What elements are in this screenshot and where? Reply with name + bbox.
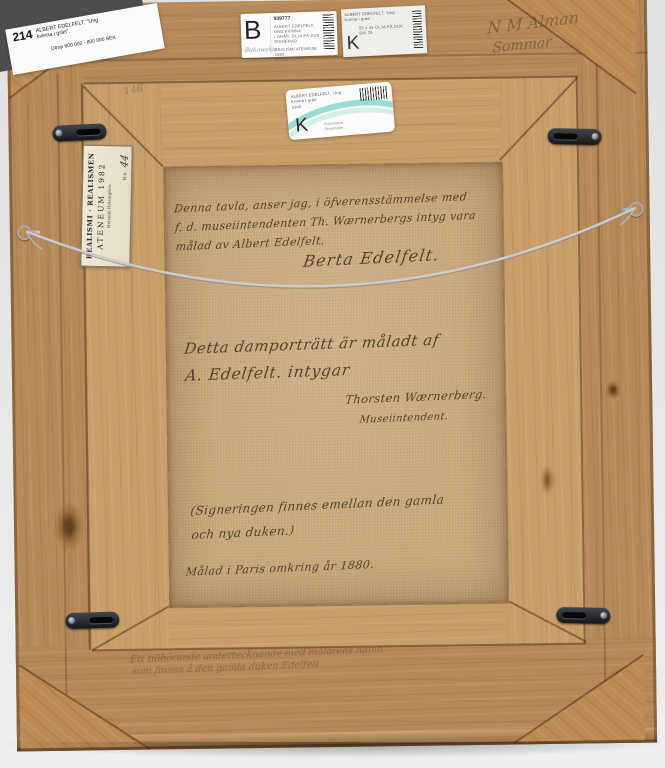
exhibition-label: REALISMI · REALISMEN ATENEUM 1982 Helsin… — [80, 145, 133, 268]
lot-number: 214 — [12, 29, 34, 43]
metal-bracket-top-right — [547, 128, 601, 145]
inscription-signature-note: (Signeringen finnes emellan den gamla oc… — [190, 487, 446, 546]
screw — [55, 129, 62, 136]
screw — [600, 612, 607, 619]
barcode-label-b: B Bukowskis 939777 ALBERT EDELFELT, UNG … — [241, 11, 338, 58]
wire-eyelet-left — [17, 225, 32, 240]
barcode-label-k: ALBERT EDELFELT, 'Ung kvinna i gräs' 55 … — [341, 5, 427, 57]
wood-knot — [602, 376, 624, 404]
barcode — [323, 14, 335, 50]
inscription-date-note: Målad i Paris omkring år 1880. — [185, 558, 375, 579]
thorsten-waernerberg-signature: Thorsten Wærnerberg. — [344, 387, 487, 407]
inventory-label-code: 5948 — [292, 104, 302, 110]
exhibition-number-prefix: N:o — [123, 172, 128, 180]
wood-knot — [48, 491, 91, 562]
bracket-slot — [562, 612, 586, 619]
frame-left-board — [7, 3, 93, 751]
wood-knot — [537, 459, 558, 501]
exhibition-label-content: REALISMI · REALISMEN ATENEUM 1982 Helsin… — [81, 146, 132, 267]
artwork-back: Denna tavla, anser jag, i öfverensstämme… — [0, 0, 665, 768]
k-label-letter: K — [346, 32, 360, 55]
screw — [592, 133, 599, 140]
bracket-slot — [89, 617, 113, 624]
b-label-letter: B — [244, 16, 271, 43]
exhibition-title: REALISMI · REALISMEN — [85, 146, 96, 266]
photo: Denna tavla, anser jag, i öfverensstämme… — [0, 0, 665, 768]
metal-bracket-bottom-left — [65, 612, 119, 630]
barcode — [359, 86, 387, 101]
bukowskis-logo: Bukowskis — [244, 46, 277, 54]
b-label-code: 939777 — [274, 15, 321, 22]
museiintendent-line: Museiintendent. — [359, 411, 449, 426]
b-label-left-column: B Bukowskis — [244, 16, 271, 55]
metal-bracket-bottom-right — [556, 607, 610, 624]
wire-eyelet-right — [629, 202, 644, 217]
screw — [68, 617, 75, 624]
bracket-slot — [554, 133, 578, 140]
inventory-label-letter: K — [294, 115, 308, 138]
frame-shadow — [6, 742, 660, 758]
inventory-label-k: ALBERT EDELFELT, 'Ung kvinna i gräs' 594… — [285, 82, 395, 141]
metal-bracket-top-left — [52, 123, 107, 142]
stretcher-right-bar — [500, 77, 586, 645]
b-label-line: SIGNERAD — [274, 38, 321, 44]
bracket-slot — [76, 128, 100, 135]
barcode — [412, 10, 423, 48]
canvas-back: Denna tavla, anser jag, i öfverensstämme… — [163, 162, 509, 609]
exhibition-number-handwritten: 44 — [119, 153, 130, 168]
b-label-text-column: 939777 ALBERT EDELFELT, UNG KVINNA I GRÄ… — [270, 15, 322, 55]
inscription-attestation: Detta damporträtt är måladt af A. Edelfe… — [184, 327, 441, 390]
